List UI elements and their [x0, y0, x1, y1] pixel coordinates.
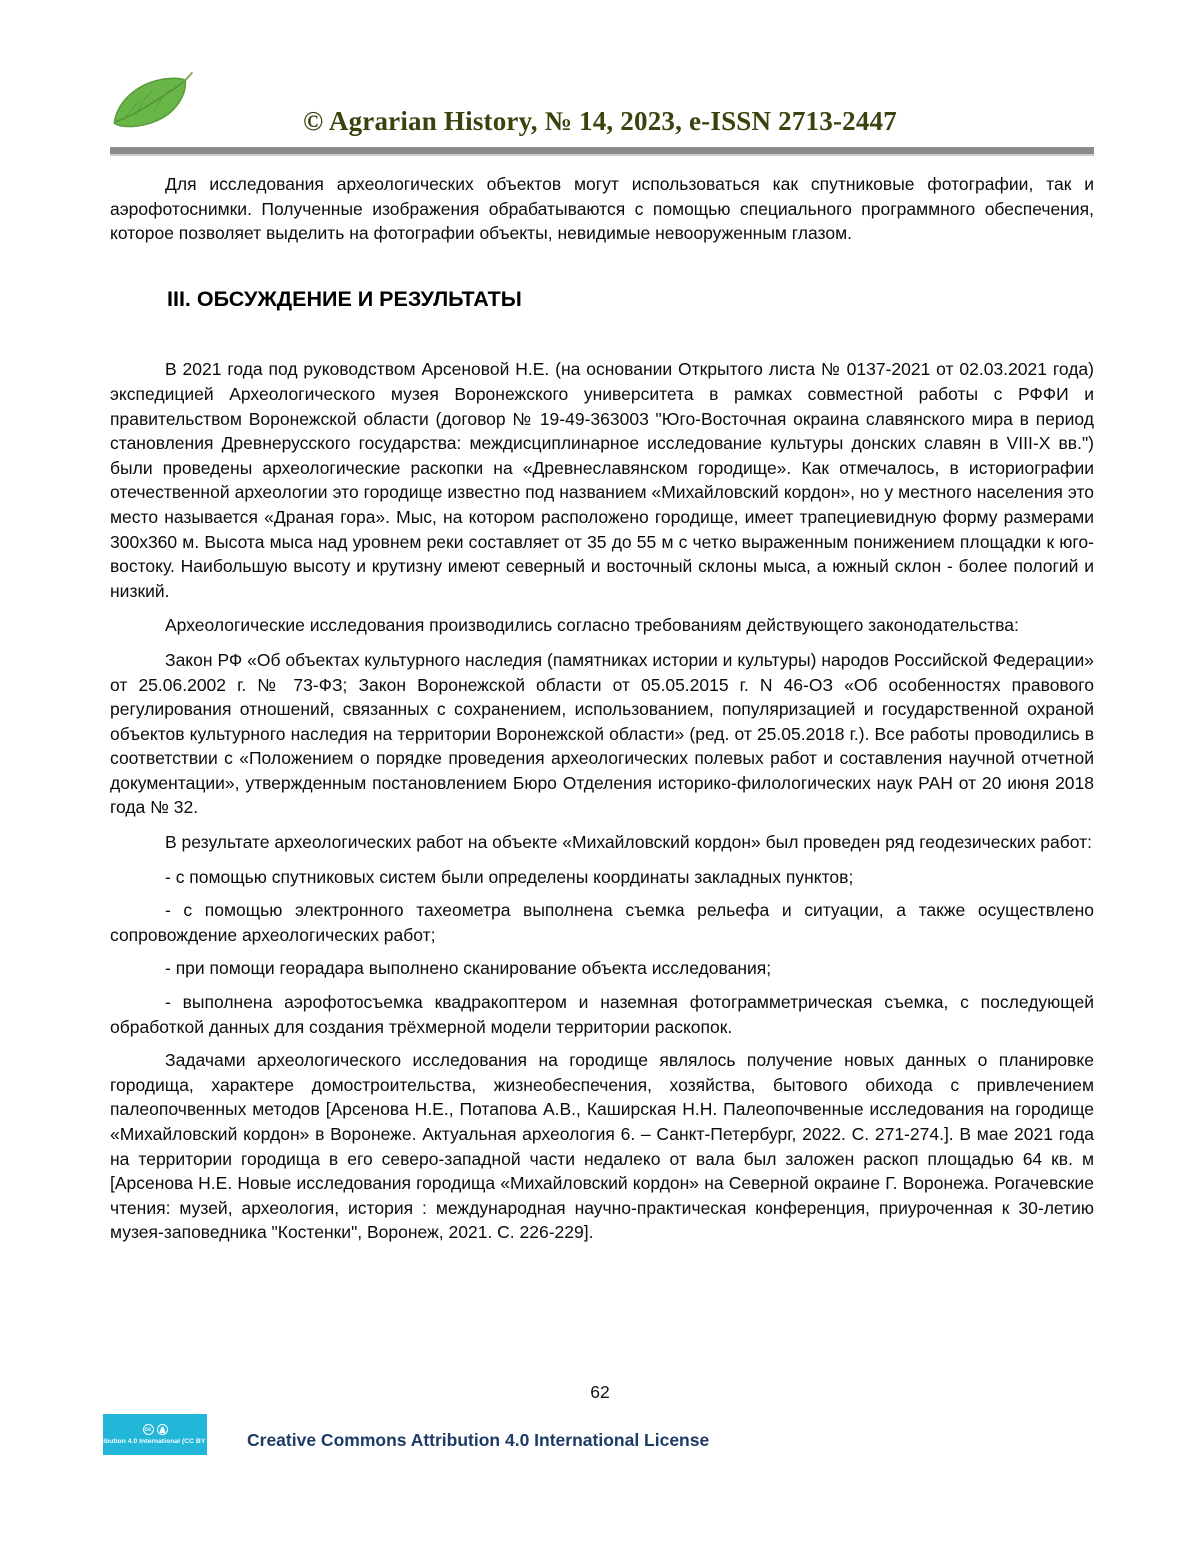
document-page: © Agrarian History, № 14, 2023, e-ISSN 2…: [0, 0, 1200, 1553]
intro-paragraph: Для исследования археологических объекто…: [110, 172, 1094, 246]
body-paragraph-4: В результате археологических работ на об…: [110, 830, 1094, 855]
cc-by-badge[interactable]: cc Attribution 4.0 International (CC BY …: [103, 1414, 207, 1455]
body-paragraph-3: Закон РФ «Об объектах культурного наслед…: [110, 648, 1094, 820]
list-item-3: - при помощи георадара выполнено сканиро…: [110, 956, 1094, 981]
article-body: Для исследования археологических объекто…: [110, 172, 1094, 1255]
page-number: 62: [0, 1382, 1200, 1403]
license-link[interactable]: Creative Commons Attribution 4.0 Interna…: [247, 1430, 709, 1455]
by-person-icon: [157, 1424, 168, 1435]
body-paragraph-2: Археологические исследования производили…: [110, 613, 1094, 638]
section-heading: III. ОБСУЖДЕНИЕ И РЕЗУЛЬТАТЫ: [167, 287, 1094, 312]
cc-badge-label: Attribution 4.0 International (CC BY 4.0…: [91, 1438, 219, 1445]
list-item-2: - с помощью электронного тахеометра выпо…: [110, 898, 1094, 947]
journal-title: © Agrarian History, № 14, 2023, e-ISSN 2…: [0, 106, 1200, 137]
closing-paragraph: Задачами археологического исследования н…: [110, 1048, 1094, 1245]
list-item-1: - с помощью спутниковых систем были опре…: [110, 865, 1094, 890]
cc-icon: cc: [143, 1424, 154, 1435]
header-divider: [110, 147, 1094, 156]
list-item-4: - выполнена аэрофотосъемка квадракоптеро…: [110, 990, 1094, 1039]
page-header: © Agrarian History, № 14, 2023, e-ISSN 2…: [0, 0, 1200, 158]
body-paragraph-1: В 2021 года под руководством Арсеновой Н…: [110, 357, 1094, 603]
page-footer: cc Attribution 4.0 International (CC BY …: [103, 1414, 709, 1455]
cc-icons: cc: [143, 1424, 168, 1435]
